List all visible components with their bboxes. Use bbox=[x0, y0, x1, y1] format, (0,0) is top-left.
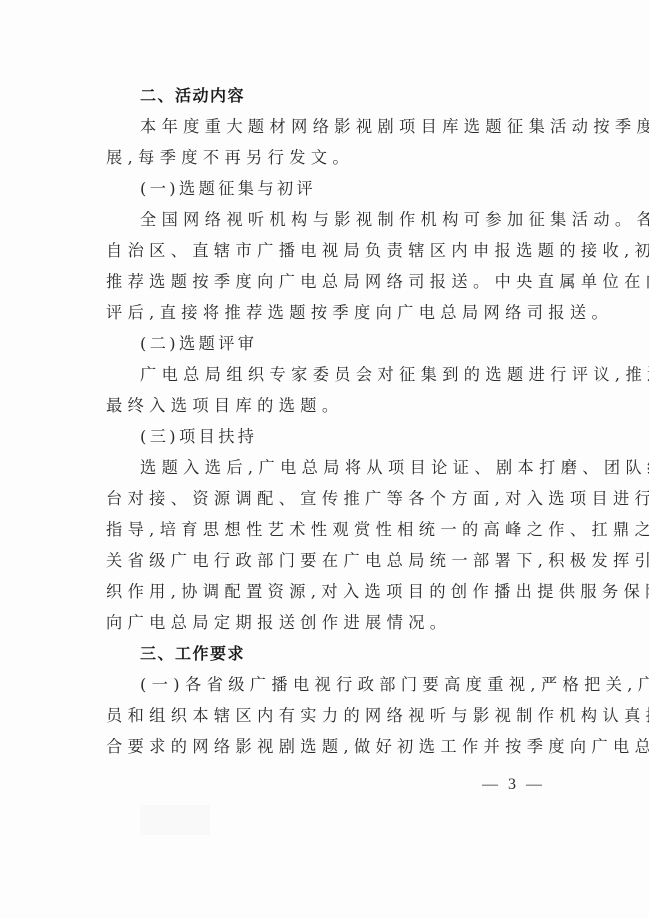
paragraph-line: 自治区、直辖市广播电视局负责辖区内申报选题的接收,初评后将 bbox=[106, 235, 546, 266]
paragraph-line: 织作用,协调配置资源,对入选项目的创作播出提供服务保障,并 bbox=[106, 576, 546, 607]
paragraph-line: 最终入选项目库的选题。 bbox=[106, 390, 546, 421]
document-page: 二、活动内容 本年度重大题材网络影视剧项目库选题征集活动按季度开 展,每季度不再… bbox=[106, 80, 546, 762]
section-heading-work-requirements: 三、工作要求 bbox=[106, 638, 546, 669]
page-number: — 3 — bbox=[482, 776, 545, 794]
paragraph-line: 合要求的网络影视剧选题,做好初选工作并按季度向广电总局报 bbox=[106, 731, 546, 762]
paragraph-line: 本年度重大题材网络影视剧项目库选题征集活动按季度开 bbox=[106, 111, 546, 142]
paragraph-line: 广电总局组织专家委员会对征集到的选题进行评议,推选出 bbox=[106, 359, 546, 390]
paragraph-line: 关省级广电行政部门要在广电总局统一部署下,积极发挥引导组 bbox=[106, 545, 546, 576]
paragraph-line: (一)各省级广播电视行政部门要高度重视,严格把关,广泛动 bbox=[106, 669, 546, 700]
subsection-title-review: (二)选题评审 bbox=[106, 328, 546, 359]
paragraph-line: 指导,培育思想性艺术性观赏性相统一的高峰之作、扛鼎之作。相 bbox=[106, 514, 546, 545]
subsection-title-support: (三)项目扶持 bbox=[106, 421, 546, 452]
paragraph-line: 展,每季度不再另行发文。 bbox=[106, 142, 546, 173]
section-heading-activity-content: 二、活动内容 bbox=[106, 80, 546, 111]
paragraph-line: 选题入选后,广电总局将从项目论证、剧本打磨、团队组建、平 bbox=[106, 452, 546, 483]
paragraph-line: 全国网络视听机构与影视制作机构可参加征集活动。各省、 bbox=[106, 204, 546, 235]
scan-artifact bbox=[140, 805, 210, 835]
paragraph-line: 台对接、资源调配、宣传推广等各个方面,对入选项目进行全方位 bbox=[106, 483, 546, 514]
subsection-title-collection: (一)选题征集与初评 bbox=[106, 173, 546, 204]
paragraph-line: 推荐选题按季度向广电总局网络司报送。中央直属单位在内部初 bbox=[106, 266, 546, 297]
paragraph-line: 向广电总局定期报送创作进展情况。 bbox=[106, 607, 546, 638]
paragraph-line: 评后,直接将推荐选题按季度向广电总局网络司报送。 bbox=[106, 297, 546, 328]
paragraph-line: 员和组织本辖区内有实力的网络视听与影视制作机构认真报送符 bbox=[106, 700, 546, 731]
